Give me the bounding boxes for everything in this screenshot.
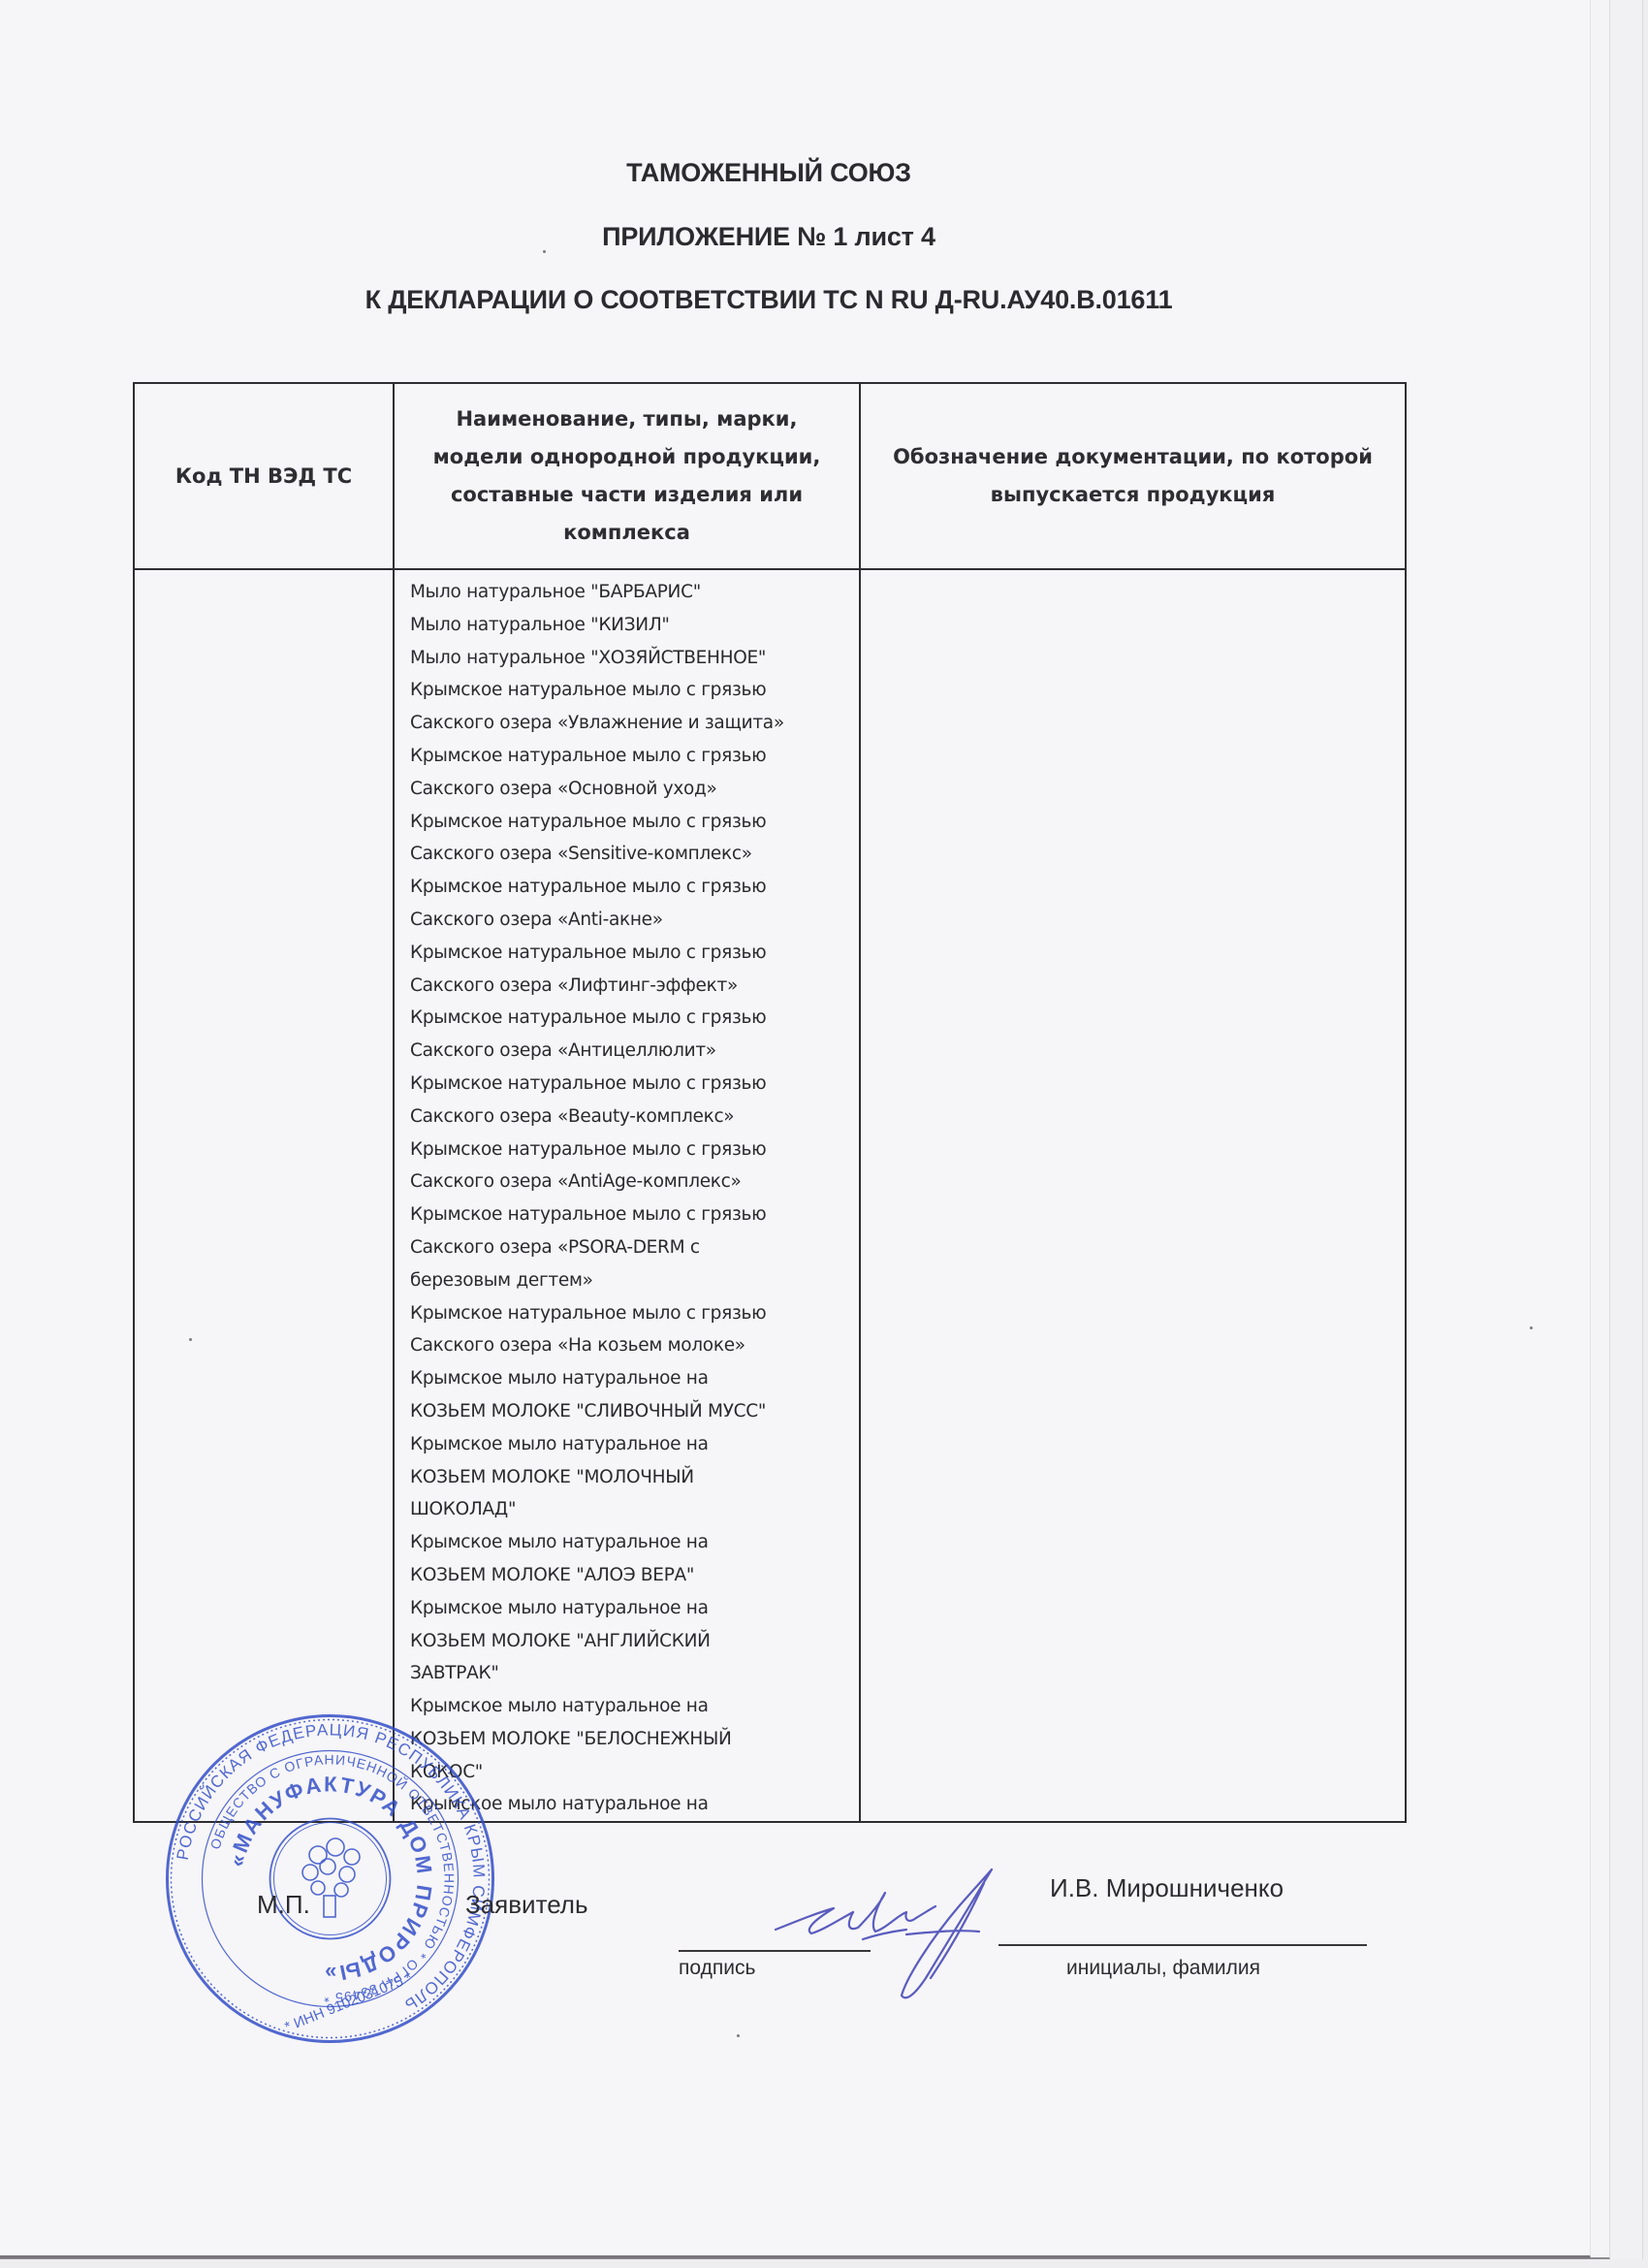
list-item: Крымское мыло натуральное на КОЗЬЕМ МОЛО…: [410, 1362, 859, 1428]
title-appendix: ПРИЛОЖЕНИЕ № 1 лист 4: [0, 222, 1537, 252]
applicant-label: Заявитель: [465, 1890, 588, 1920]
list-item: Крымское натуральное мыло с грязью Сакск…: [410, 740, 859, 806]
product-list: Мыло натуральное "БАРБАРИС"Мыло натураль…: [395, 570, 859, 1821]
list-item: Крымское мыло натуральное на КОЗЬЕМ МОЛО…: [410, 1428, 859, 1526]
list-item: Крымское натуральное мыло с грязью Сакск…: [410, 1198, 859, 1296]
header-documentation: Обозначение документации, по которой вып…: [860, 383, 1406, 569]
scan-speck: [543, 250, 546, 253]
header-hs-code: Код ТН ВЭД ТС: [134, 383, 394, 569]
list-item: Крымское мыло натуральное на КОЗЬЕМ МОЛО…: [410, 1690, 859, 1788]
list-item: Мыло натуральное "ХОЗЯЙСТВЕННОЕ": [410, 642, 859, 675]
title-declaration-number: К ДЕКЛАРАЦИИ О СООТВЕТСТВИИ ТС N RU Д-RU…: [0, 285, 1537, 315]
list-item: Крымское натуральное мыло с грязью Сакск…: [410, 1002, 859, 1068]
signer-name: И.В. Мирошниченко: [1050, 1873, 1284, 1903]
list-item: Крымское натуральное мыло с грязью Сакск…: [410, 1297, 859, 1363]
list-item: Крымское мыло натуральное на: [410, 1788, 859, 1821]
list-item: Крымское натуральное мыло с грязью Сакск…: [410, 871, 859, 937]
header-product-name: Наименование, типы, марки, модели одноро…: [394, 383, 860, 569]
signature-caption: подпись: [679, 1957, 755, 1980]
list-item: Крымское натуральное мыло с грязью Сакск…: [410, 674, 859, 740]
scan-speck: [189, 1338, 192, 1341]
scan-speck: [1530, 1326, 1533, 1329]
handwritten-signature: [761, 1823, 1023, 2017]
name-line: [998, 1944, 1367, 1946]
list-item: Крымское натуральное мыло с грязью Сакск…: [410, 1068, 859, 1134]
title-customs-union: ТАМОЖЕННЫЙ СОЮЗ: [0, 158, 1537, 188]
list-item: Крымское мыло натуральное на КОЗЬЕМ МОЛО…: [410, 1526, 859, 1592]
cell-documentation: [860, 569, 1406, 1822]
name-caption: инициалы, фамилия: [1066, 1957, 1260, 1980]
svg-text:* ИНН 9102031075 *: * ИНН 9102031075 *: [282, 1969, 414, 2035]
cell-products: Мыло натуральное "БАРБАРИС"Мыло натураль…: [394, 569, 860, 1822]
table-row: Мыло натуральное "БАРБАРИС"Мыло натураль…: [134, 569, 1406, 1822]
cell-hs-code: [134, 569, 394, 1822]
list-item: Крымское натуральное мыло с грязью Сакск…: [410, 1134, 859, 1199]
declaration-table: Код ТН ВЭД ТС Наименование, типы, марки,…: [133, 382, 1407, 1823]
list-item: Крымское мыло натуральное на КОЗЬЕМ МОЛО…: [410, 1592, 859, 1690]
document-page: ТАМОЖЕННЫЙ СОЮЗ ПРИЛОЖЕНИЕ № 1 лист 4 К …: [0, 0, 1591, 2258]
seal-label: М.П.: [257, 1890, 310, 1920]
table-header-row: Код ТН ВЭД ТС Наименование, типы, марки,…: [134, 383, 1406, 569]
list-item: Мыло натуральное "КИЗИЛ": [410, 609, 859, 642]
list-item: Крымское натуральное мыло с грязью Сакск…: [410, 937, 859, 1003]
list-item: Крымское натуральное мыло с грязью Сакск…: [410, 806, 859, 872]
signature-line: [679, 1950, 871, 1952]
list-item: Мыло натуральное "БАРБАРИС": [410, 576, 859, 609]
scan-speck: [737, 2034, 740, 2037]
